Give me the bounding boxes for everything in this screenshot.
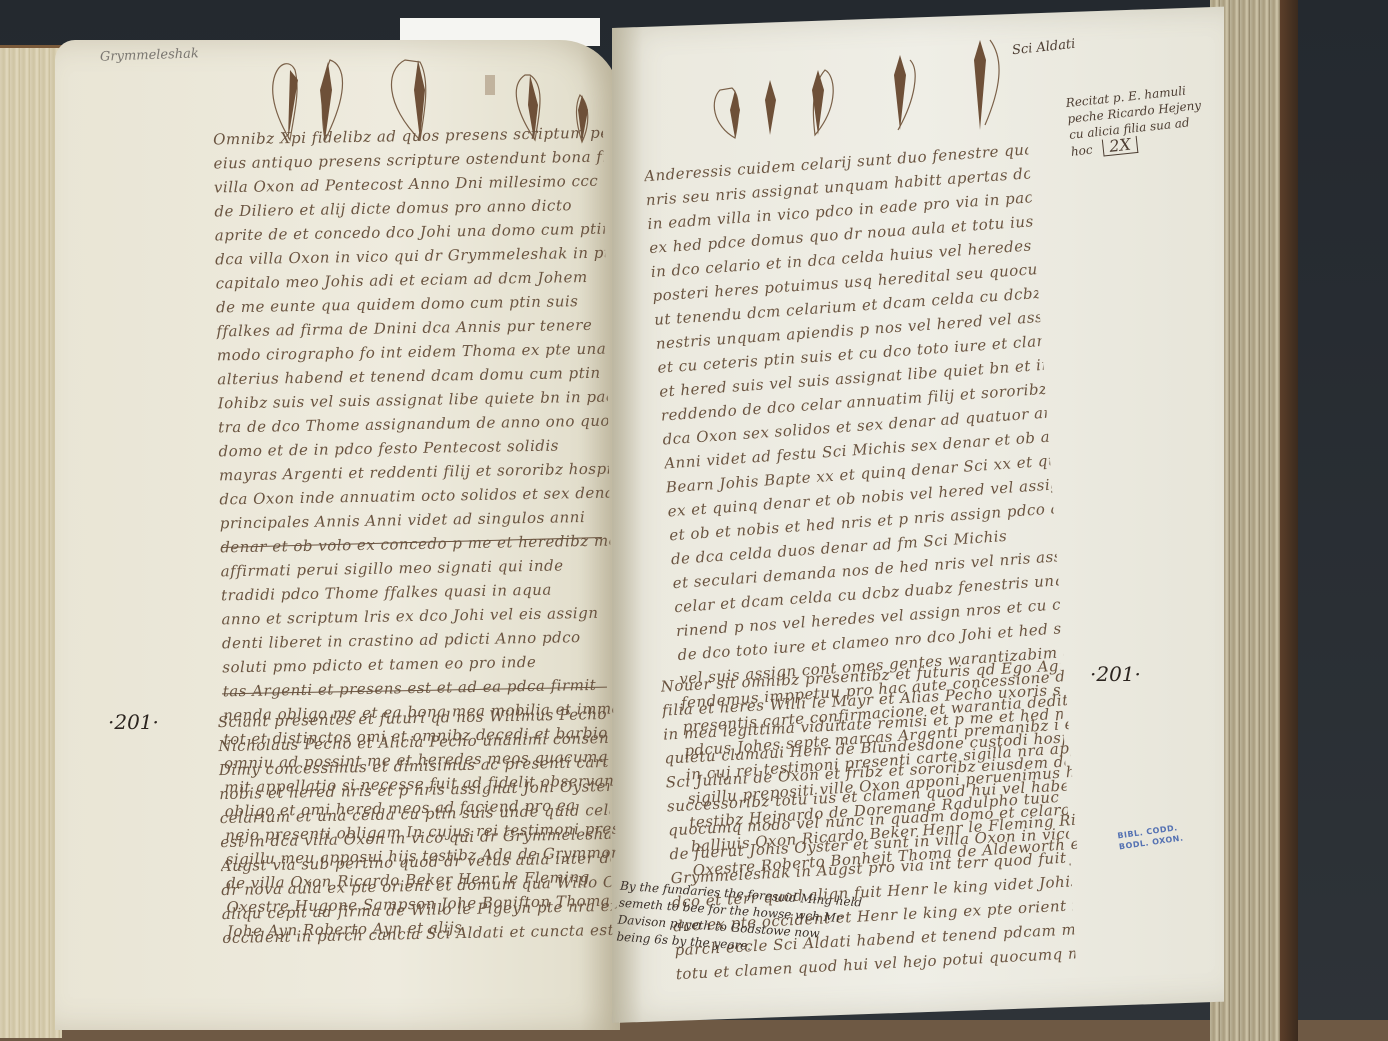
- left-folio-number: ·201·: [108, 710, 159, 734]
- left-second-text: Sciant presentes et futuri qd nos Willmu…: [218, 702, 613, 950]
- right-folio-number: ·201·: [1090, 662, 1141, 686]
- left-page-edges: [0, 48, 62, 1038]
- note-line: hoc: [1070, 141, 1093, 159]
- right-cadels-icon: [700, 30, 1000, 140]
